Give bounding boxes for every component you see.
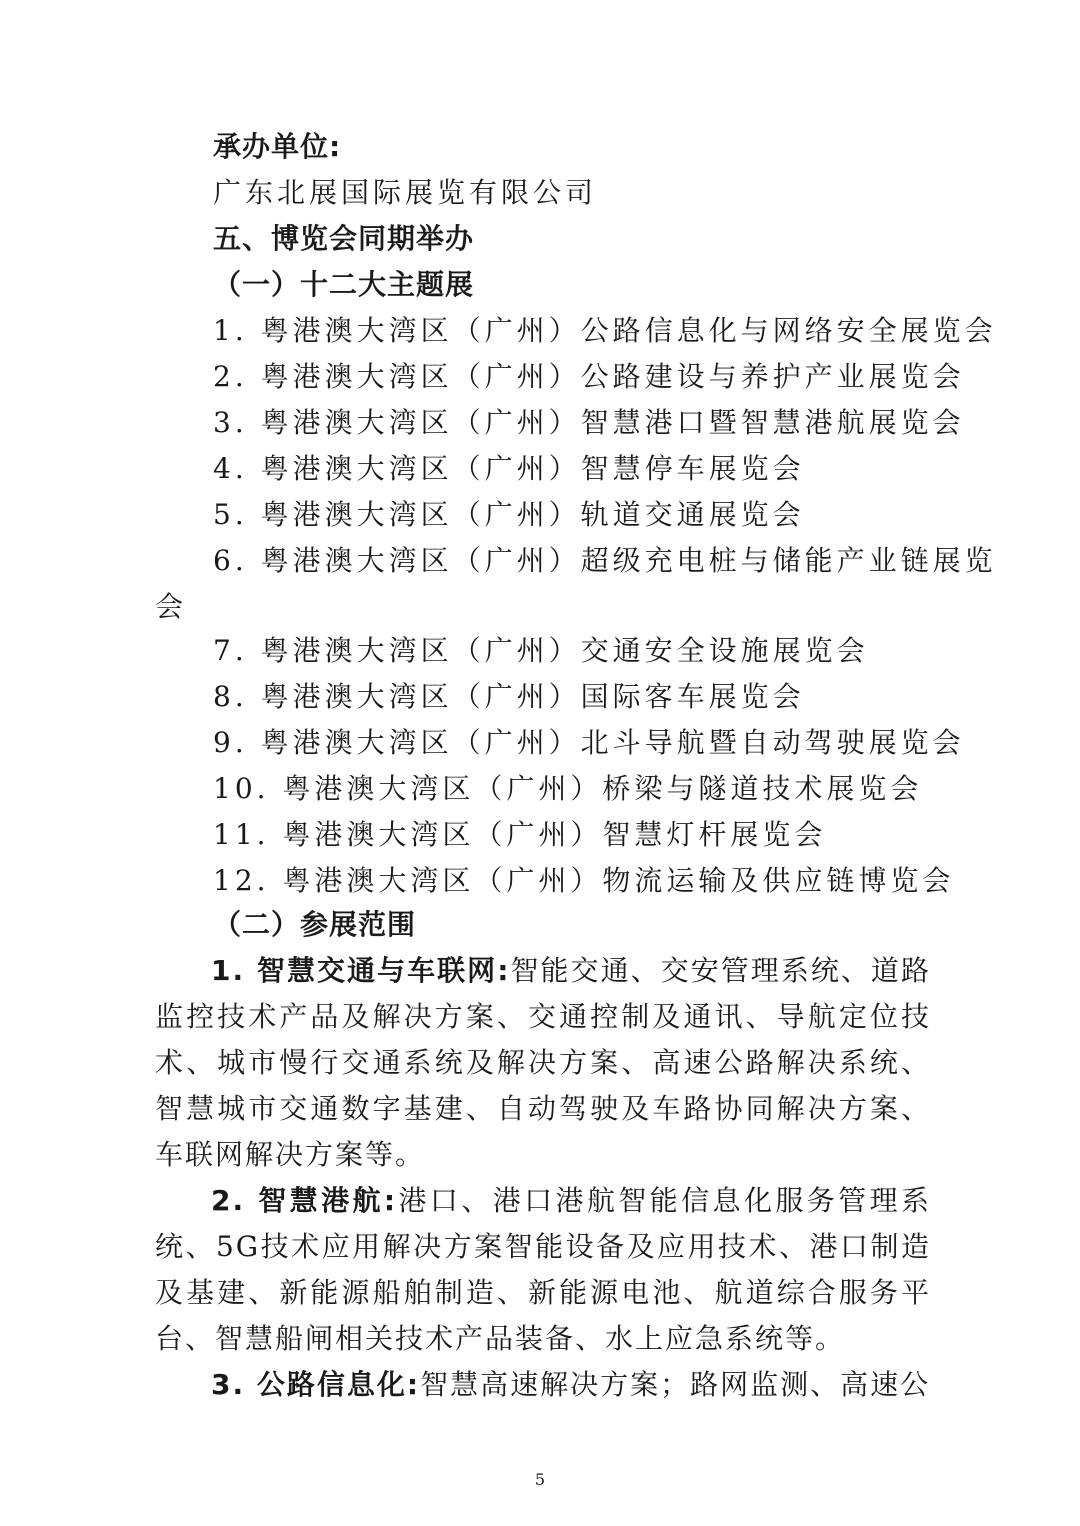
scope-paragraph: 3. 公路信息化:智慧高速解决方案；路网监测、高速公 xyxy=(155,1362,931,1408)
scope-paragraph: 2. 智慧港航:港口、港口港航智能信息化服务管理系统、5G技术应用解决方案智能设… xyxy=(155,1178,931,1362)
theme-item: 1. 粤港澳大湾区（广州）公路信息化与网络安全展览会 xyxy=(213,314,997,348)
organizer-name: 广东北展国际展览有限公司 xyxy=(213,176,597,210)
theme-item: 3. 粤港澳大湾区（广州）智慧港口暨智慧港航展览会 xyxy=(213,406,965,440)
section-heading: 五、博览会同期举办 xyxy=(213,222,474,256)
theme-item: 9. 粤港澳大湾区（广州）北斗导航暨自动驾驶展览会 xyxy=(213,726,965,760)
subsection-heading-scope: （二）参展范围 xyxy=(213,908,416,942)
scope-lead: 3. 公路信息化: xyxy=(211,1368,420,1401)
scope-paragraph: 1. 智慧交通与车联网:智能交通、交安管理系统、道路监控技术产品及解决方案、交通… xyxy=(155,948,931,1178)
theme-item: 8. 粤港澳大湾区（广州）国际客车展览会 xyxy=(213,680,805,714)
theme-item-wrap: 会 xyxy=(155,590,187,624)
theme-item: 6. 粤港澳大湾区（广州）超级充电桩与储能产业链展览 xyxy=(213,544,997,578)
scope-lead: 1. 智慧交通与车联网: xyxy=(211,954,510,987)
scope-text: 智慧高速解决方案；路网监测、高速公 xyxy=(420,1368,930,1401)
theme-item: 5. 粤港澳大湾区（广州）轨道交通展览会 xyxy=(213,498,805,532)
page-number: 5 xyxy=(0,1470,1080,1489)
theme-item: 10. 粤港澳大湾区（广州）桥梁与隧道技术展览会 xyxy=(213,772,922,806)
theme-item: 4. 粤港澳大湾区（广州）智慧停车展览会 xyxy=(213,452,805,486)
theme-item: 11. 粤港澳大湾区（广州）智慧灯杆展览会 xyxy=(213,818,826,852)
theme-item: 7. 粤港澳大湾区（广州）交通安全设施展览会 xyxy=(213,634,869,668)
subsection-heading-themes: （一）十二大主题展 xyxy=(213,268,474,302)
scope-lead: 2. 智慧港航: xyxy=(211,1184,397,1217)
theme-item: 2. 粤港澳大湾区（广州）公路建设与养护产业展览会 xyxy=(213,360,965,394)
theme-item: 12. 粤港澳大湾区（广州）物流运输及供应链博览会 xyxy=(213,864,954,898)
organizer-label: 承办单位: xyxy=(213,130,341,164)
